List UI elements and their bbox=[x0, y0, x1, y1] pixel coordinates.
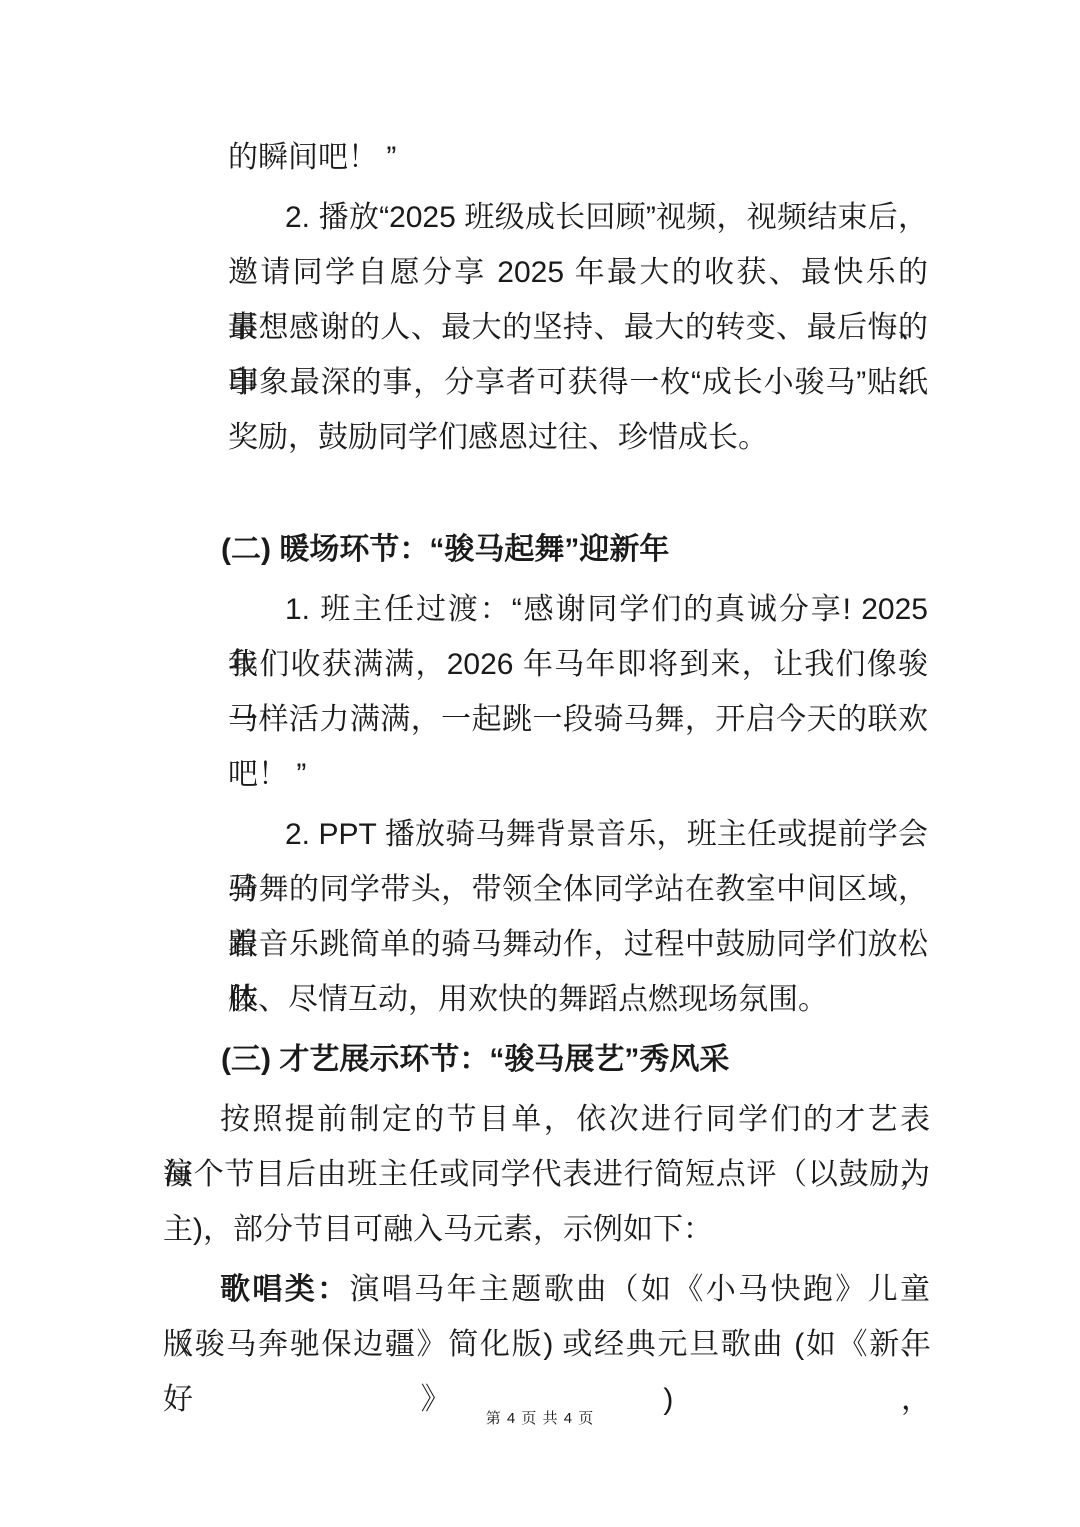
text-line: 印象最深的事，分享者可获得一枚“成长小骏马”贴纸 bbox=[228, 355, 928, 410]
text-line: 2. PPT 播放骑马舞背景音乐，班主任或提前学会骑 bbox=[228, 807, 928, 862]
text-line: 一样活力满满，一起跳一段骑马舞，开启今天的联欢 bbox=[228, 692, 928, 747]
text-line: 吧！ ” bbox=[228, 747, 928, 802]
text-line: 1. 班主任过渡：“感谢同学们的真诚分享! 2025 年 bbox=[228, 582, 928, 637]
text-line: 2. 播放“2025 班级成长回顾”视频，视频结束后， bbox=[228, 190, 928, 245]
text-line: 着音乐跳简单的骑马舞动作，过程中鼓励同学们放松肢 bbox=[228, 917, 928, 972]
text-line: 主)，部分节目可融入马元素，示例如下： bbox=[163, 1202, 930, 1257]
text-line: 按照提前制定的节目单，依次进行同学们的才艺表演， bbox=[163, 1092, 930, 1147]
text-line: 奖励，鼓励同学们感恩过往、珍惜成长。 bbox=[228, 410, 928, 465]
text-line: 歌唱类：演唱马年主题歌曲（如《小马快跑》儿童版、 bbox=[163, 1262, 930, 1317]
text-line: 体、尽情互动，用欢快的舞蹈点燃现场氛围。 bbox=[228, 972, 928, 1027]
section-heading: (二) 暖场环节：“骏马起舞”迎新年 bbox=[221, 522, 960, 577]
text-line: 的瞬间吧！ ” bbox=[228, 130, 928, 185]
run-label-bold: 歌唱类： bbox=[220, 1273, 350, 1306]
document-page: 的瞬间吧！ ” 2. 播放“2025 班级成长回顾”视频，视频结束后， 邀请同学… bbox=[0, 0, 1080, 1527]
text-line: 每个节目后由班主任或同学代表进行简短点评（以鼓励为 bbox=[163, 1147, 930, 1202]
text-line: 最想感谢的人、最大的坚持、最大的转变、最后悔的事、 bbox=[228, 300, 928, 355]
page-number: 第 4 页 共 4 页 bbox=[486, 1410, 595, 1427]
section-heading: (三) 才艺展示环节：“骏马展艺”秀风采 bbox=[221, 1032, 960, 1087]
text-line: 《骏马奔驰保边疆》简化版) 或经典元旦歌曲 (如《新年好》)， bbox=[163, 1317, 930, 1372]
page-footer: 第 4 页 共 4 页 bbox=[0, 1404, 1080, 1434]
text-line: 我们收获满满，2026 年马年即将到来，让我们像骏马 bbox=[228, 637, 928, 692]
text-line: 马舞的同学带头，带领全体同学站在教室中间区域，跟 bbox=[228, 862, 928, 917]
text-line: 邀请同学自愿分享 2025 年最大的收获、最快乐的事、 bbox=[228, 245, 928, 300]
